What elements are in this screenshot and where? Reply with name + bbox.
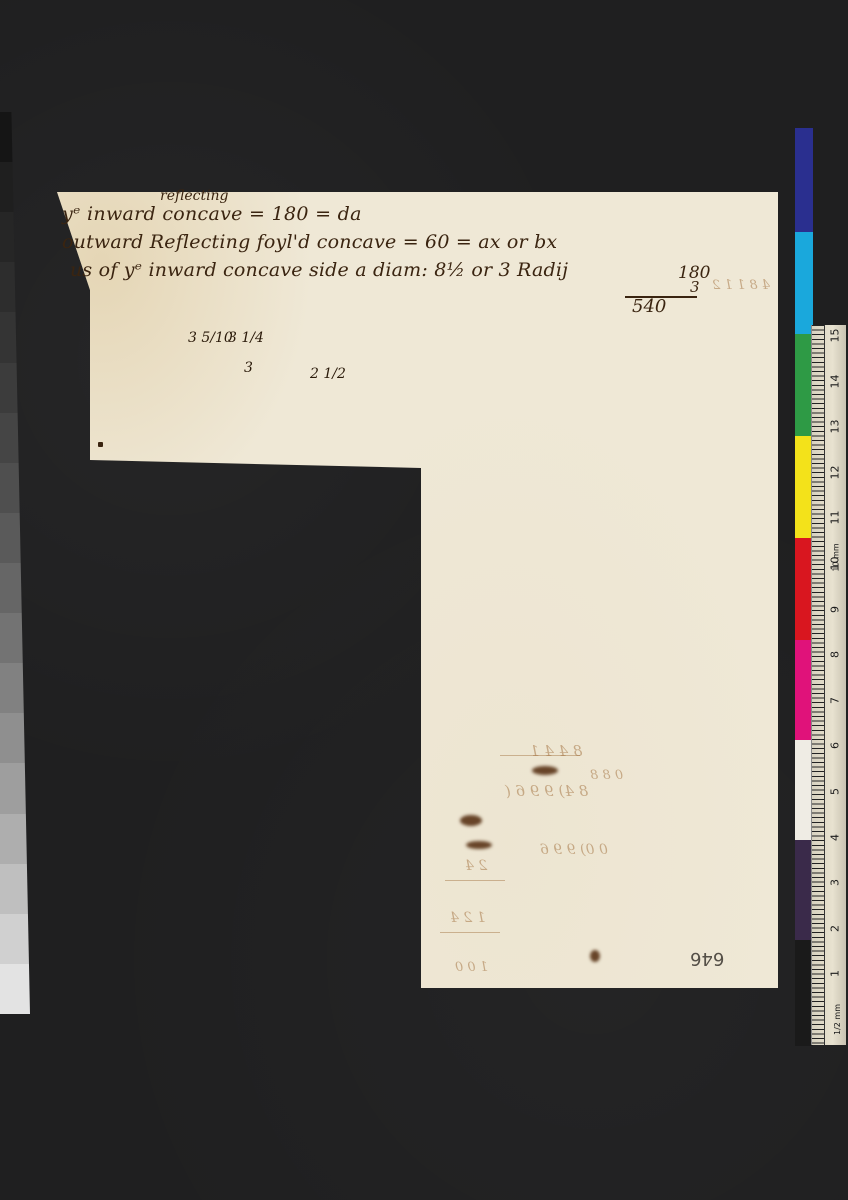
ink-blot	[466, 841, 492, 849]
manuscript-line-2: outward Reflecting foyl'd concave = 60 =…	[62, 231, 557, 253]
ruler-number: 8	[829, 646, 842, 664]
manuscript-line-1: yᵉ inward concave = 180 = da	[62, 203, 362, 225]
ruler-number: 9	[829, 600, 842, 618]
ruler-number: 13	[829, 418, 842, 436]
bleed-through-column: 4 8 1 1 2	[700, 275, 770, 297]
manuscript-line-3: us of yᵉ inward concave side a diam: 8½ …	[70, 259, 568, 281]
bleed-text: 4 8 1 1 2	[712, 278, 770, 293]
grey-step	[0, 964, 30, 1014]
ruler-number: 4	[829, 828, 842, 846]
measurement-ruler: 151413121110987654321 10 mm 1/2 mm	[811, 325, 846, 1045]
ruler-number: 14	[829, 372, 842, 390]
grey-step	[0, 814, 30, 864]
fraction-note: 3 1/4	[228, 330, 264, 346]
bleed-text: 8 4) 9 9 6 (	[505, 782, 588, 800]
ruler-number: 2	[829, 919, 842, 937]
ruler-number: 12	[829, 463, 842, 481]
interlinear-correction: reflecting	[160, 188, 229, 204]
ruler-number: 5	[829, 783, 842, 801]
calc-result: 540	[632, 296, 666, 317]
ink-blot	[460, 815, 482, 826]
ruler-unit-label: 1/2 mm	[833, 1004, 842, 1035]
bleed-rule	[445, 880, 505, 881]
ruler-unit-label: 10 mm	[832, 543, 841, 571]
bleed-text: 8 4 4 1	[530, 742, 582, 760]
color-patch-blue	[795, 128, 813, 232]
fraction-note: 3 5/10	[188, 330, 233, 346]
folio-number: 646	[690, 948, 724, 969]
fraction-note: 3	[244, 360, 253, 376]
ink-blot	[532, 766, 558, 775]
ink-speck	[98, 442, 103, 447]
ruler-ticks	[812, 325, 825, 1045]
grey-step	[0, 914, 30, 964]
fraction-note: 2 1/2	[310, 366, 346, 382]
calc-multiplier: 3	[690, 278, 700, 296]
ruler-number: 3	[829, 874, 842, 892]
ruler-number: 1	[829, 965, 842, 983]
bleed-text: 1 0 0	[455, 960, 488, 975]
bleed-text: 0 8 8	[590, 768, 623, 783]
bleed-text: 0 0) 9 9 6	[540, 842, 608, 858]
bleed-text: 1 2 4	[450, 910, 486, 926]
ruler-number: 6	[829, 737, 842, 755]
bleed-rule	[440, 932, 500, 933]
grey-step	[0, 864, 30, 914]
bleed-rule	[500, 755, 580, 756]
ruler-number: 11	[829, 509, 842, 527]
bleed-text: 2 4	[465, 858, 487, 874]
ruler-number: 7	[829, 691, 842, 709]
ruler-number: 15	[829, 327, 842, 345]
ink-blot	[590, 950, 600, 962]
color-patch-cyan	[795, 232, 813, 334]
